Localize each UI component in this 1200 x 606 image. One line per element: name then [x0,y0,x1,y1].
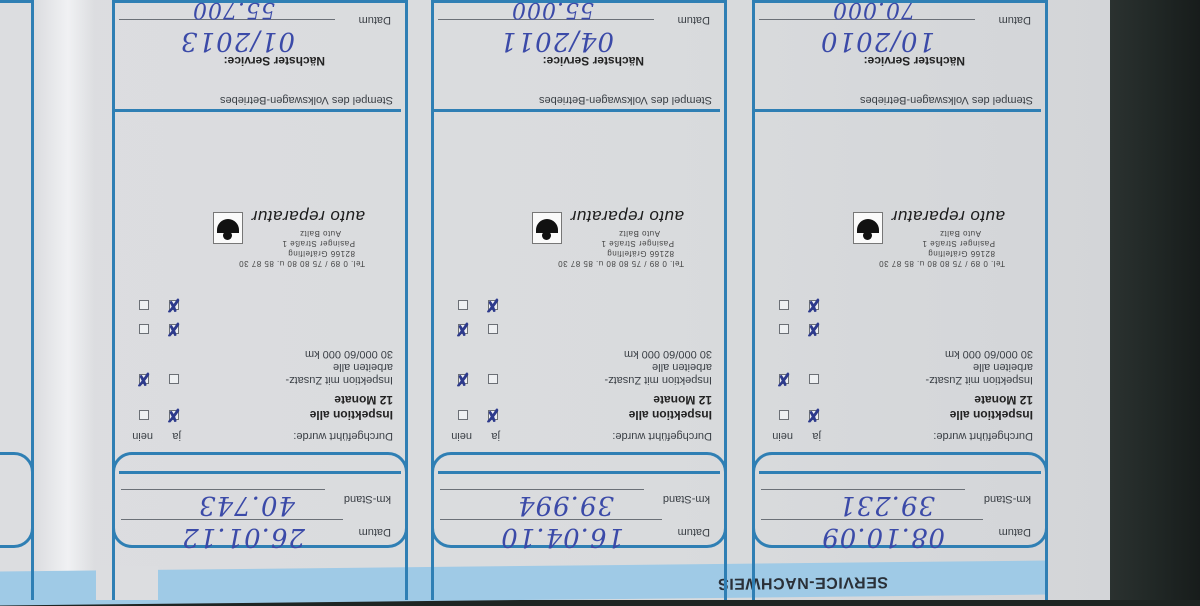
inspektion-label: Inspektion alle [310,408,393,422]
vw-partner-logo-icon [853,212,883,244]
naechster-service-label: Nächster Service: [864,54,965,68]
next-datum-label: Datum [999,14,1031,26]
zusatz-label-1: Inspektion mit Zusatz- [604,374,712,386]
next-service-km: 55.000 [511,0,594,22]
card-separator [438,471,720,474]
card-top-box [0,452,34,548]
stamp-brand: auto reparatur [251,206,365,226]
zusatz-label-3: 30 000/60 000 km [624,348,712,360]
km-label: km-Stand [663,493,710,505]
inspektion-nein-checkbox[interactable] [458,410,468,420]
inspektion-sub-label: 12 Monate [334,393,393,407]
nein-label: nein [772,430,793,442]
zusatz-label-1: Inspektion mit Zusatz- [925,374,1033,386]
zusatz-check-mark: ✗ [136,370,151,388]
durchgefuehrt-label: Durchgeführt wurde: [933,430,1033,442]
inspektion-check-mark: ✗ [166,406,181,424]
inspektion-check-mark: ✗ [806,406,821,424]
inspektion-label: Inspektion alle [950,408,1033,422]
oel-check-mark: ✗ [806,296,821,314]
datum-value: 26.01.12 [181,522,305,552]
next-service-date: 01/2013 [180,26,295,56]
next-service-date: 10/2010 [820,26,935,56]
next-datum-label: Datum [359,14,391,26]
service-page: SERVICE-NACHWEIS Datum 08.10.09 km-Stand… [0,0,1110,600]
zusatz-check-mark: ✗ [455,370,470,388]
vw-partner-logo-icon [532,212,562,244]
stamp-name: Auto Baltz [619,229,660,238]
service-card-3: Datum 26.01.12 km-Stand 40.743 Durchgefü… [112,0,408,600]
inspektion-nein-checkbox[interactable] [139,410,149,420]
stamp-phone: Tel. 0 89 / 75 80 80 u. 85 87 30 [879,259,1005,268]
datum-label: Datum [678,526,710,538]
brems-nein-checkbox[interactable] [139,324,149,334]
stamp-separator [755,109,1041,112]
dark-background-strip [1108,0,1200,600]
next-service-km: 70.000 [832,0,915,22]
vw-partner-logo-icon [213,212,243,244]
zusatz-ja-checkbox[interactable] [809,374,819,384]
service-card-2: Datum 16.04.10 km-Stand 39.994 Durchgefü… [431,0,727,600]
workshop-stamp: auto reparatur Auto Baltz Pasinger Straß… [775,170,1005,280]
workshop-stamp: auto reparatur Auto Baltz Pasinger Straß… [454,170,684,280]
stamp-city: 82166 Gräfelfing [607,249,674,258]
brems-check-mark: ✗ [455,320,470,338]
oel-nein-checkbox[interactable] [458,300,468,310]
stamp-street: Pasinger Straße 1 [282,239,355,248]
next-service-date: 04/2011 [499,26,614,56]
stamp-street: Pasinger Straße 1 [601,239,674,248]
stamp-street: Pasinger Straße 1 [922,239,995,248]
booklet-photo: SERVICE-NACHWEIS Datum 08.10.09 km-Stand… [0,0,1200,600]
card-separator [759,471,1041,474]
brems-ja-checkbox[interactable] [488,324,498,334]
zusatz-label-3: 30 000/60 000 km [305,348,393,360]
stempel-label: Stempel des Volkswagen-Betriebes [220,94,393,106]
next-service-km: 55.700 [192,0,275,22]
zusatz-ja-checkbox[interactable] [169,374,179,384]
inspektion-sub-label: 12 Monate [653,393,712,407]
stamp-separator [434,109,720,112]
oel-nein-checkbox[interactable] [139,300,149,310]
page-fold [35,0,95,600]
brems-nein-checkbox[interactable] [779,324,789,334]
datum-label: Datum [359,526,391,538]
ja-label: ja [812,430,821,442]
naechster-service-label: Nächster Service: [543,54,644,68]
stempel-label: Stempel des Volkswagen-Betriebes [539,94,712,106]
stamp-brand: auto reparatur [891,206,1005,226]
km-label: km-Stand [344,493,391,505]
stamp-name: Auto Baltz [940,229,981,238]
datum-value: 08.10.09 [821,522,945,552]
durchgefuehrt-label: Durchgeführt wurde: [612,430,712,442]
inspektion-check-mark: ✗ [485,406,500,424]
km-label: km-Stand [984,493,1031,505]
km-value: 39.231 [838,490,935,520]
zusatz-label-2: arbeiten alle [652,361,712,373]
brems-check-mark: ✗ [166,320,181,338]
zusatz-label-2: arbeiten alle [973,361,1033,373]
stamp-city: 82166 Gräfelfing [928,249,995,258]
oel-check-mark: ✗ [485,296,500,314]
oel-nein-checkbox[interactable] [779,300,789,310]
nein-label: nein [451,430,472,442]
stamp-phone: Tel. 0 89 / 75 80 80 u. 85 87 30 [239,259,365,268]
inspektion-sub-label: 12 Monate [974,393,1033,407]
zusatz-label-2: arbeiten alle [333,361,393,373]
card-separator [119,471,401,474]
datum-value: 16.04.10 [500,522,624,552]
zusatz-ja-checkbox[interactable] [488,374,498,384]
km-value: 40.743 [198,490,295,520]
zusatz-check-mark: ✗ [776,370,791,388]
service-card-partial [0,0,34,600]
stamp-name: Auto Baltz [300,229,341,238]
stamp-phone: Tel. 0 89 / 75 80 80 u. 85 87 30 [558,259,684,268]
durchgefuehrt-label: Durchgeführt wurde: [293,430,393,442]
oel-check-mark: ✗ [166,296,181,314]
ja-label: ja [172,430,181,442]
stamp-city: 82166 Gräfelfing [288,249,355,258]
zusatz-label-1: Inspektion mit Zusatz- [285,374,393,386]
ja-label: ja [491,430,500,442]
workshop-stamp: auto reparatur Auto Baltz Pasinger Straß… [135,170,365,280]
naechster-service-label: Nächster Service: [224,54,325,68]
inspektion-label: Inspektion alle [629,408,712,422]
stamp-separator [115,109,401,112]
nein-label: nein [132,430,153,442]
next-datum-label: Datum [678,14,710,26]
datum-label: Datum [999,526,1031,538]
inspektion-nein-checkbox[interactable] [779,410,789,420]
zusatz-label-3: 30 000/60 000 km [945,348,1033,360]
km-value: 39.994 [517,490,614,520]
service-card-1: Datum 08.10.09 km-Stand 39.231 Durchgefü… [752,0,1048,600]
brems-check-mark: ✗ [806,320,821,338]
stempel-label: Stempel des Volkswagen-Betriebes [860,94,1033,106]
stamp-brand: auto reparatur [570,206,684,226]
